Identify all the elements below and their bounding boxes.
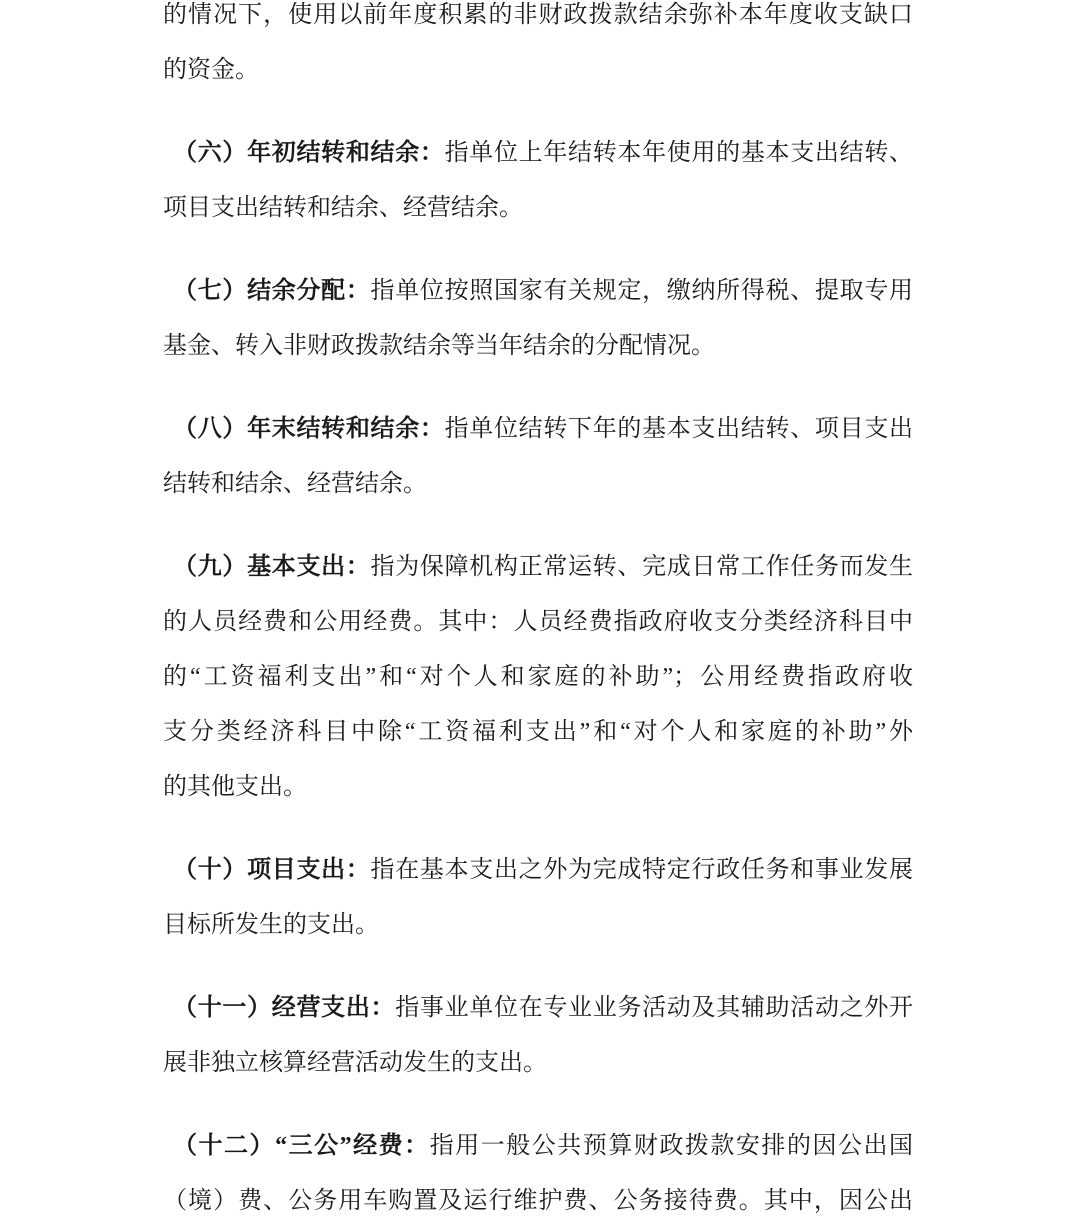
text-line: （七）结余分配：指单位按照国家有关规定，缴纳所得税、提取专用 (163, 264, 913, 319)
text-line: 的资金。 (163, 43, 913, 98)
paragraph-continuation: 的情况下，使用以前年度积累的非财政拨款结余弥补本年度收支缺口 的资金。 (163, 0, 913, 98)
term-label: （十一）经营支出： (173, 995, 395, 1021)
term-label: （六）年初结转和结余： (173, 140, 445, 166)
text-line: 结转和结余、经营结余。 (163, 457, 913, 512)
paragraph-item-10: （十）项目支出：指在基本支出之外为完成特定行政任务和事业发展 目标所发生的支出。 (163, 843, 913, 953)
paragraph-item-7: （七）结余分配：指单位按照国家有关规定，缴纳所得税、提取专用 基金、转入非财政拨… (163, 264, 913, 374)
text-line: （六）年初结转和结余：指单位上年结转本年使用的基本支出结转、 (163, 126, 913, 181)
text-line: （境）费、公务用车购置及运行维护费、公务接待费。其中，因公出 (163, 1174, 913, 1229)
term-definition: 指单位上年结转本年使用的基本支出结转、 (445, 140, 913, 166)
term-definition: 指用一般公共预算财政拨款安排的因公出国 (430, 1133, 913, 1159)
term-label: （九）基本支出： (173, 554, 371, 580)
text-line: 项目支出结转和结余、经营结余。 (163, 181, 913, 236)
term-label: （八）年末结转和结余： (173, 416, 445, 442)
term-label: （七）结余分配： (173, 278, 371, 304)
term-definition: 指单位按照国家有关规定，缴纳所得税、提取专用 (371, 278, 913, 304)
text-line: 基金、转入非财政拨款结余等当年结余的分配情况。 (163, 319, 913, 374)
text-line: 展非独立核算经营活动发生的支出。 (163, 1036, 913, 1091)
text-line: 的“工资福利支出”和“对个人和家庭的补助”；公用经费指政府收 (163, 650, 913, 705)
term-label: （十）项目支出： (173, 857, 371, 883)
term-definition: 指事业单位在专业业务活动及其辅助活动之外开 (395, 995, 913, 1021)
term-definition: 指在基本支出之外为完成特定行政任务和事业发展 (371, 857, 913, 883)
term-label: （十二）“三公”经费： (173, 1133, 430, 1159)
text-line: （九）基本支出：指为保障机构正常运转、完成日常工作任务而发生 (163, 540, 913, 595)
paragraph-item-8: （八）年末结转和结余：指单位结转下年的基本支出结转、项目支出 结转和结余、经营结… (163, 402, 913, 512)
text-line: 目标所发生的支出。 (163, 898, 913, 953)
term-definition: 指单位结转下年的基本支出结转、项目支出 (445, 416, 913, 442)
paragraph-item-6: （六）年初结转和结余：指单位上年结转本年使用的基本支出结转、 项目支出结转和结余… (163, 126, 913, 236)
text-line: （十）项目支出：指在基本支出之外为完成特定行政任务和事业发展 (163, 843, 913, 898)
paragraph-item-11: （十一）经营支出：指事业单位在专业业务活动及其辅助活动之外开 展非独立核算经营活… (163, 981, 913, 1091)
term-definition: 指为保障机构正常运转、完成日常工作任务而发生 (371, 554, 913, 580)
text-line: （十一）经营支出：指事业单位在专业业务活动及其辅助活动之外开 (163, 981, 913, 1036)
text-line: 的其他支出。 (163, 760, 913, 815)
text-line: 的人员经费和公用经费。其中：人员经费指政府收支分类经济科目中 (163, 595, 913, 650)
paragraph-item-9: （九）基本支出：指为保障机构正常运转、完成日常工作任务而发生 的人员经费和公用经… (163, 540, 913, 815)
paragraph-item-12: （十二）“三公”经费：指用一般公共预算财政拨款安排的因公出国 （境）费、公务用车… (163, 1119, 913, 1229)
text-line: 的情况下，使用以前年度积累的非财政拨款结余弥补本年度收支缺口 (163, 0, 913, 43)
document-page: 的情况下，使用以前年度积累的非财政拨款结余弥补本年度收支缺口 的资金。 （六）年… (163, 0, 913, 1229)
text-line: （八）年末结转和结余：指单位结转下年的基本支出结转、项目支出 (163, 402, 913, 457)
text-line: 支分类经济科目中除“工资福利支出”和“对个人和家庭的补助”外 (163, 705, 913, 760)
text-line: （十二）“三公”经费：指用一般公共预算财政拨款安排的因公出国 (163, 1119, 913, 1174)
